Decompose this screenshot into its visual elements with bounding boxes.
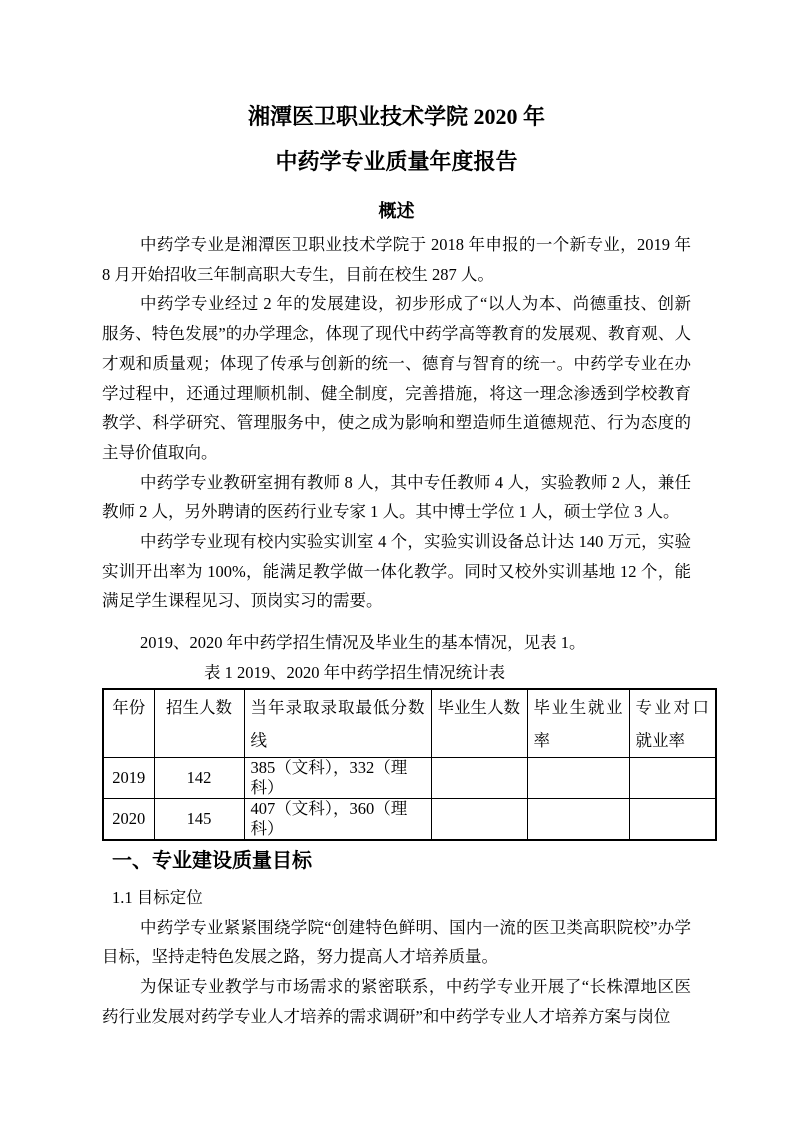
cell-graduates (431, 757, 527, 798)
document-title: 湘潭医卫职业技术学院 2020 年 中药学专业质量年度报告 (102, 94, 691, 184)
col-header-year: 年份 (103, 689, 154, 758)
document-page: 湘潭医卫职业技术学院 2020 年 中药学专业质量年度报告 概述 中药学专业是湘… (0, 0, 793, 1122)
col-header-min-score: 当年录取录取最低分数线 (244, 689, 431, 758)
paragraph-table-intro: 2019、2020 年中药学招生情况及毕业生的基本情况，见表 1。 (102, 628, 691, 658)
cell-field-match-rate (629, 757, 716, 798)
col-header-enrollment: 招生人数 (154, 689, 244, 758)
table-header-row: 年份 招生人数 当年录取录取最低分数线 毕业生人数 毕业生就业率 专业对口就业率 (103, 689, 716, 758)
cell-min-score: 407（文科），360（理科） (244, 798, 431, 840)
cell-min-score: 385（文科），332（理科） (244, 757, 431, 798)
title-line-2: 中药学专业质量年度报告 (102, 139, 691, 184)
col-header-field-match-rate: 专业对口就业率 (629, 689, 716, 758)
overview-heading: 概述 (102, 196, 691, 226)
paragraph-market-research: 为保证专业教学与市场需求的紧密联系，中药学专业开展了“长株潭地区医药行业发展对药… (102, 972, 691, 1031)
cell-field-match-rate (629, 798, 716, 840)
col-header-graduates: 毕业生人数 (431, 689, 527, 758)
cell-employment-rate (527, 757, 629, 798)
paragraph-facilities: 中药学专业现有校内实验实训室 4 个，实验实训设备总计达 140 万元，实验实训… (102, 527, 691, 616)
cell-enrollment: 145 (154, 798, 244, 840)
title-line-1: 湘潭医卫职业技术学院 2020 年 (102, 94, 691, 139)
cell-year: 2020 (103, 798, 154, 840)
section-1-heading: 一、专业建设质量目标 (112, 846, 691, 876)
cell-employment-rate (527, 798, 629, 840)
paragraph-program-intro: 中药学专业是湘潭医卫职业技术学院于 2018 年申报的一个新专业，2019 年 … (102, 230, 691, 289)
table-row-2019: 2019 142 385（文科），332（理科） (103, 757, 716, 798)
col-header-employment-rate: 毕业生就业率 (527, 689, 629, 758)
cell-year: 2019 (103, 757, 154, 798)
paragraph-goal-positioning: 中药学专业紧紧围绕学院“创建特色鲜明、国内一流的医卫类高职院校”办学目标，坚持走… (102, 913, 691, 972)
table-row-2020: 2020 145 407（文科），360（理科） (103, 798, 716, 840)
paragraph-philosophy: 中药学专业经过 2 年的发展建设，初步形成了“以人为本、尚德重技、创新服务、特色… (102, 289, 691, 467)
table-caption: 表 1 2019、2020 年中药学招生情况统计表 (102, 658, 691, 688)
cell-graduates (431, 798, 527, 840)
cell-enrollment: 142 (154, 757, 244, 798)
enrollment-stats-table: 年份 招生人数 当年录取录取最低分数线 毕业生人数 毕业生就业率 专业对口就业率… (102, 688, 717, 841)
paragraph-faculty: 中药学专业教研室拥有教师 8 人，其中专任教师 4 人，实验教师 2 人，兼任教… (102, 468, 691, 527)
section-1-1-subheading: 1.1 目标定位 (112, 883, 691, 913)
